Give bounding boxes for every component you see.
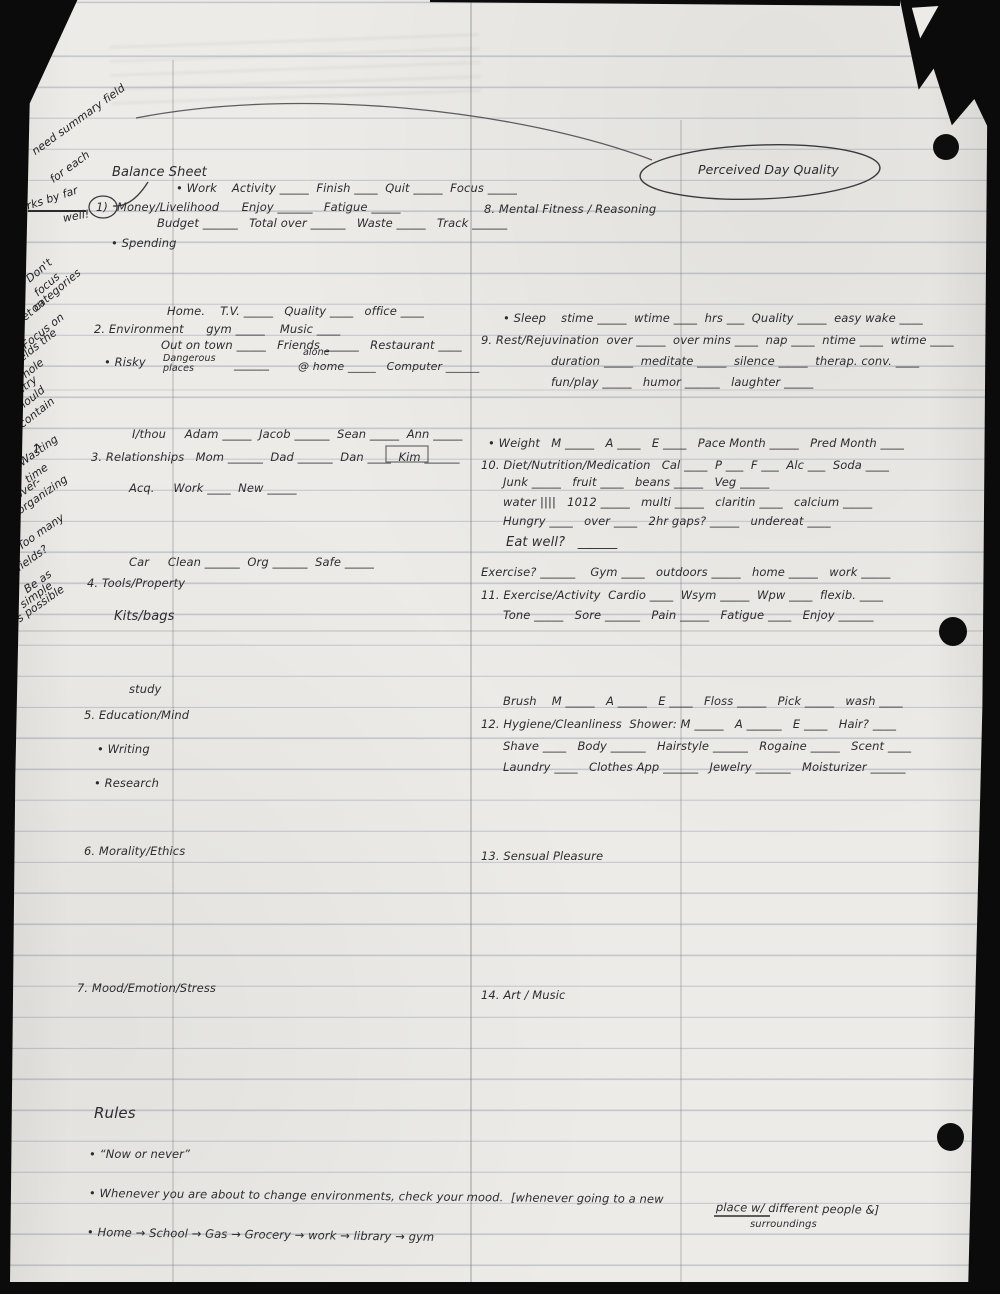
budget-row: Budget ______ Total over ______ Waste __…: [157, 217, 507, 229]
car-row: Car Clean ______ Org ______ Safe _____: [129, 556, 374, 568]
diet-row: 10. Diet/Nutrition/Medication Cal ____ P…: [481, 459, 889, 471]
funplay-row: fun/play _____ humor ______ laughter ___…: [551, 376, 813, 388]
rule-environments-cont: place w/ different people &]: [716, 1201, 880, 1216]
black-edge-bottom: [0, 1282, 1000, 1294]
acq-row: Acq. Work ____ New _____: [129, 482, 297, 494]
rest-row: 9. Rest/Rejuvination over _____ over min…: [481, 334, 954, 346]
education-row: 5. Education/Mind: [84, 709, 189, 721]
mental-row: 8. Mental Fitness / Reasoning: [484, 203, 656, 215]
hole-punch-top: [933, 134, 959, 160]
dangerous-blank: ______: [234, 358, 269, 370]
day-quality-label: Perceived Day Quality: [698, 163, 839, 176]
water-row: water |||| 1012 _____ multi _____ clarit…: [503, 496, 872, 508]
work-row: • Work Activity _____ Finish ____ Quit _…: [176, 182, 517, 194]
sensual-row: 13. Sensual Pleasure: [481, 850, 603, 862]
spending-row: • Spending: [111, 237, 177, 249]
mood-row: 7. Mood/Emotion/Stress: [77, 982, 216, 994]
money-row: Money/Livelihood Enjoy ______ Fatigue __…: [117, 201, 401, 213]
junk-row: Junk _____ fruit ____ beans _____ Veg __…: [503, 476, 769, 488]
rules-title: Rules: [94, 1106, 136, 1122]
relationships-row: 3. Relationships Mom ______ Dad ______ D…: [91, 451, 460, 463]
hungry-row: Hungry ____ over ____ 2hr gaps? _____ un…: [503, 515, 831, 527]
study-label: study: [129, 683, 161, 695]
exercise-question-row: Exercise? ______ Gym ____ outdoors _____…: [481, 566, 891, 578]
rule-now-or-never: • “Now or never”: [89, 1148, 190, 1160]
kits-row: Kits/bags: [114, 610, 175, 624]
art-row: 14. Art / Music: [481, 989, 565, 1001]
hole-punch-bottom: [937, 1123, 964, 1151]
dangerous-places-label: Dangerous places: [163, 354, 216, 374]
scanned-notes-page: need summary fieldfor eachworks by farwe…: [0, 0, 1000, 1294]
hole-punch-middle: [939, 617, 967, 646]
eatwell-row: Eat well? ______: [506, 536, 617, 550]
risky-label: • Risky: [104, 356, 146, 368]
home-computer-row: @ home _____ Computer ______: [298, 361, 479, 373]
crease-horizontal-middle: [0, 630, 1000, 632]
environment-row: 2. Environment gym _____ Music ____: [94, 323, 340, 335]
sleep-row: • Sleep stime _____ wtime ____ hrs ___ Q…: [503, 312, 923, 324]
tone-row: Tone _____ Sore ______ Pain _____ Fatigu…: [503, 609, 874, 621]
alone-label: alone: [303, 348, 330, 358]
money-number: 1): [96, 201, 108, 213]
writing-row: • Writing: [97, 743, 150, 755]
ithou-row: I/thou Adam _____ Jacob ______ Sean ____…: [132, 428, 462, 440]
weight-row: • Weight M _____ A ____ E ____ Pace Mont…: [488, 437, 904, 449]
environment-home-row: Home. T.V. _____ Quality ____ office ___…: [167, 305, 424, 317]
bleed-through-smudge: [109, 22, 481, 109]
laundry-row: Laundry ____ Clothes App ______ Jewelry …: [503, 761, 906, 773]
exercise-row: 11. Exercise/Activity Cardio ____ Wsym _…: [481, 589, 883, 601]
tools-row: 4. Tools/Property: [87, 577, 185, 589]
brush-row: Brush M _____ A _____ E ____ Floss _____…: [503, 695, 903, 707]
duration-row: duration _____ meditate _____ silence __…: [551, 355, 919, 367]
balance-sheet-title: Balance Sheet: [112, 166, 207, 180]
morality-row: 6. Morality/Ethics: [84, 845, 185, 857]
research-row: • Research: [94, 777, 159, 789]
hygiene-row: 12. Hygiene/Cleanliness Shower: M _____ …: [481, 718, 896, 730]
rule-surroundings: surroundings: [750, 1220, 817, 1231]
shave-row: Shave ____ Body ______ Hairstyle ______ …: [503, 740, 911, 752]
crease-horizontal-upper: [0, 389, 1000, 391]
